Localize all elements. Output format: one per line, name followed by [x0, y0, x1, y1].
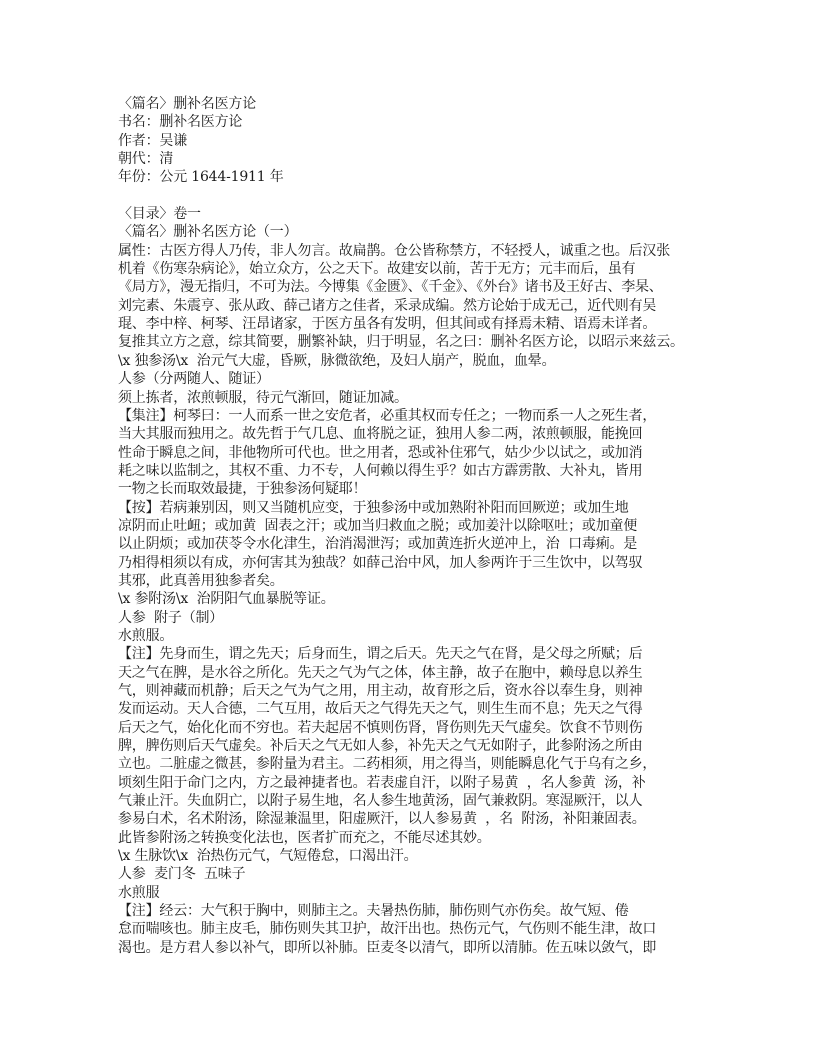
text-line: 顷刻生阳于命门之内，方之最神捷者也。若表虚自汗，以附子易黄 ，名人参黄 汤，补 [118, 774, 718, 792]
text-line: 《局方》，漫无指归，不可为法。今博集《金匮》、《千金》、《外台》诸书及王好古、李… [118, 278, 718, 296]
text-line: 怠而喘咳也。肺主皮毛，肺伤则失其卫护，故汗出也。热伤元气，气伤则不能生津，故口 [118, 920, 718, 938]
toc-volume: 〈目录〉卷一 [118, 205, 718, 223]
text-line: 须上拣者，浓煎顿服，待元气渐回，随证加减。 [118, 389, 718, 407]
text-line: 水煎服。 [118, 627, 718, 645]
text-line: 此皆参附汤之转换变化法也，医者扩而充之，不能尽述其妙。 [118, 829, 718, 847]
text-line: 乃相得相须以有成，亦何害其为独哉？如薛己治中风，加人参两许于三生饮中，以驾驭 [118, 554, 718, 572]
text-line: 当大其服而独用之。故先哲于气几息、血将脱之证，独用人参二两，浓煎顿服，能挽回 [118, 425, 718, 443]
text-line: 人参 麦门冬 五味子 [118, 865, 718, 883]
author: 作者：吴谦 [118, 132, 718, 150]
section-tag: 〈篇名〉删补名医方论 [118, 95, 718, 113]
text-line: 天之气在脾，是水谷之所化。先天之气为气之体，体主静，故子在胞中，赖母息以养生 [118, 664, 718, 682]
text-line: 【注】先身而生，谓之先天；后身而生，谓之后天。先天之气在肾，是父母之所赋；后 [118, 645, 718, 663]
text-line: \x 独参汤\x 治元气大虚，昏厥，脉微欲绝，及妇人崩产，脱血，血晕。 [118, 352, 718, 370]
text-line: 【集注】柯琴曰：一人而系一世之安危者，必重其权而专任之；一物而系一人之死生者， [118, 407, 718, 425]
chapter-title: 〈篇名〉删补名医方论（一） [118, 223, 718, 241]
text-line: 后天之气，始化化而不穷也。若夫起居不慎则伤肾，肾伤则先天气虚矣。饮食不节则伤 [118, 719, 718, 737]
text-line: 刘完素、朱震亨、张从政、薛己诸方之佳者，采录成编。然方论始于成无己，近代则有吴 [118, 297, 718, 315]
book-title: 书名：删补名医方论 [118, 113, 718, 131]
text-line: 人参 附子（制） [118, 609, 718, 627]
document-page: 〈篇名〉删补名医方论 书名：删补名医方论 作者：吴谦 朝代：清 年份：公元 16… [118, 95, 718, 957]
text-line: 参易白术，名术附汤，除湿兼温里，阳虚厥汗，以人参易黄 ，名 附汤，补阳兼固表。 [118, 810, 718, 828]
text-line: 性命于瞬息之间，非他物所可代也。世之用者，恐或补住邪气，姑少少以试之，或加消 [118, 444, 718, 462]
text-line: 凉阴而止吐衄；或加黄 固表之汗；或加当归救血之脱；或加姜汁以除呕吐；或加童便 [118, 517, 718, 535]
years: 年份：公元 1644-1911 年 [118, 168, 718, 186]
text-line: 以止阴烦；或加茯苓令水化津生，治消渴泄泻；或加黄连折火逆冲上，治 口毒痢。是 [118, 535, 718, 553]
text-line: 复推其立方之意，综其简要，删繁补缺，归于明显，名之曰：删补名医方论，以昭示来兹云… [118, 333, 718, 351]
text-line: 【注】经云：大气积于胸中，则肺主之。夫暑热伤肺，肺伤则气亦伤矣。故气短、倦 [118, 902, 718, 920]
text-line: 属性：古医方得人乃传，非人勿言。故扁鹊。仓公皆称禁方，不轻授人，诚重之也。后汉张 [118, 242, 718, 260]
text-line: 立也。二脏虚之微甚，参附量为君主。二药相须，用之得当，则能瞬息化气于乌有之乡， [118, 755, 718, 773]
text-line: 渴也。是方君人参以补气，即所以补肺。臣麦冬以清气，即所以清肺。佐五味以敛气，即 [118, 939, 718, 957]
text-line: 气，则神藏而机静；后天之气为气之用，用主动，故育形之后，资水谷以奉生身，则神 [118, 682, 718, 700]
text-line: 机着《伤寒杂病论》，始立众方，公之天下。故建安以前，苦于无方；元丰而后，虽有 [118, 260, 718, 278]
text-line: 脾，脾伤则后天气虚矣。补后天之气无如人参，补先天之气无如附子，此参附汤之所由 [118, 737, 718, 755]
text-line: 【按】若病兼别因，则又当随机应变，于独参汤中或加熟附补阳而回厥逆；或加生地 [118, 499, 718, 517]
blank-line [118, 187, 718, 205]
text-line: \x 参附汤\x 治阴阳气血暴脱等证。 [118, 590, 718, 608]
text-line: 发而运动。天人合德，二气互用，故后天之气得先天之气，则生生而不息；先天之气得 [118, 700, 718, 718]
text-line: 人参（分两随人、随证） [118, 370, 718, 388]
text-line: 其邪，此真善用独参者矣。 [118, 572, 718, 590]
text-line: 琨、李中梓、柯琴、汪昂诸家，于医方虽各有发明，但其间或有择焉未精、语焉未详者。 [118, 315, 718, 333]
text-line: 一物之长而取效最捷，于独参汤何疑耶！ [118, 480, 718, 498]
text-line: 耗之味以监制之，其权不重、力不专，人何赖以得生乎？如古方霹雳散、大补丸，皆用 [118, 462, 718, 480]
text-line: \x 生脉饮\x 治热伤元气，气短倦怠，口渴出汗。 [118, 847, 718, 865]
text-line: 水煎服 [118, 884, 718, 902]
body-text: 属性：古医方得人乃传，非人勿言。故扁鹊。仓公皆称禁方，不轻授人，诚重之也。后汉张… [118, 242, 718, 957]
text-line: 气兼止汗。失血阴亡，以附子易生地，名人参生地黄汤，固气兼救阴。寒湿厥汗，以人 [118, 792, 718, 810]
dynasty: 朝代：清 [118, 150, 718, 168]
